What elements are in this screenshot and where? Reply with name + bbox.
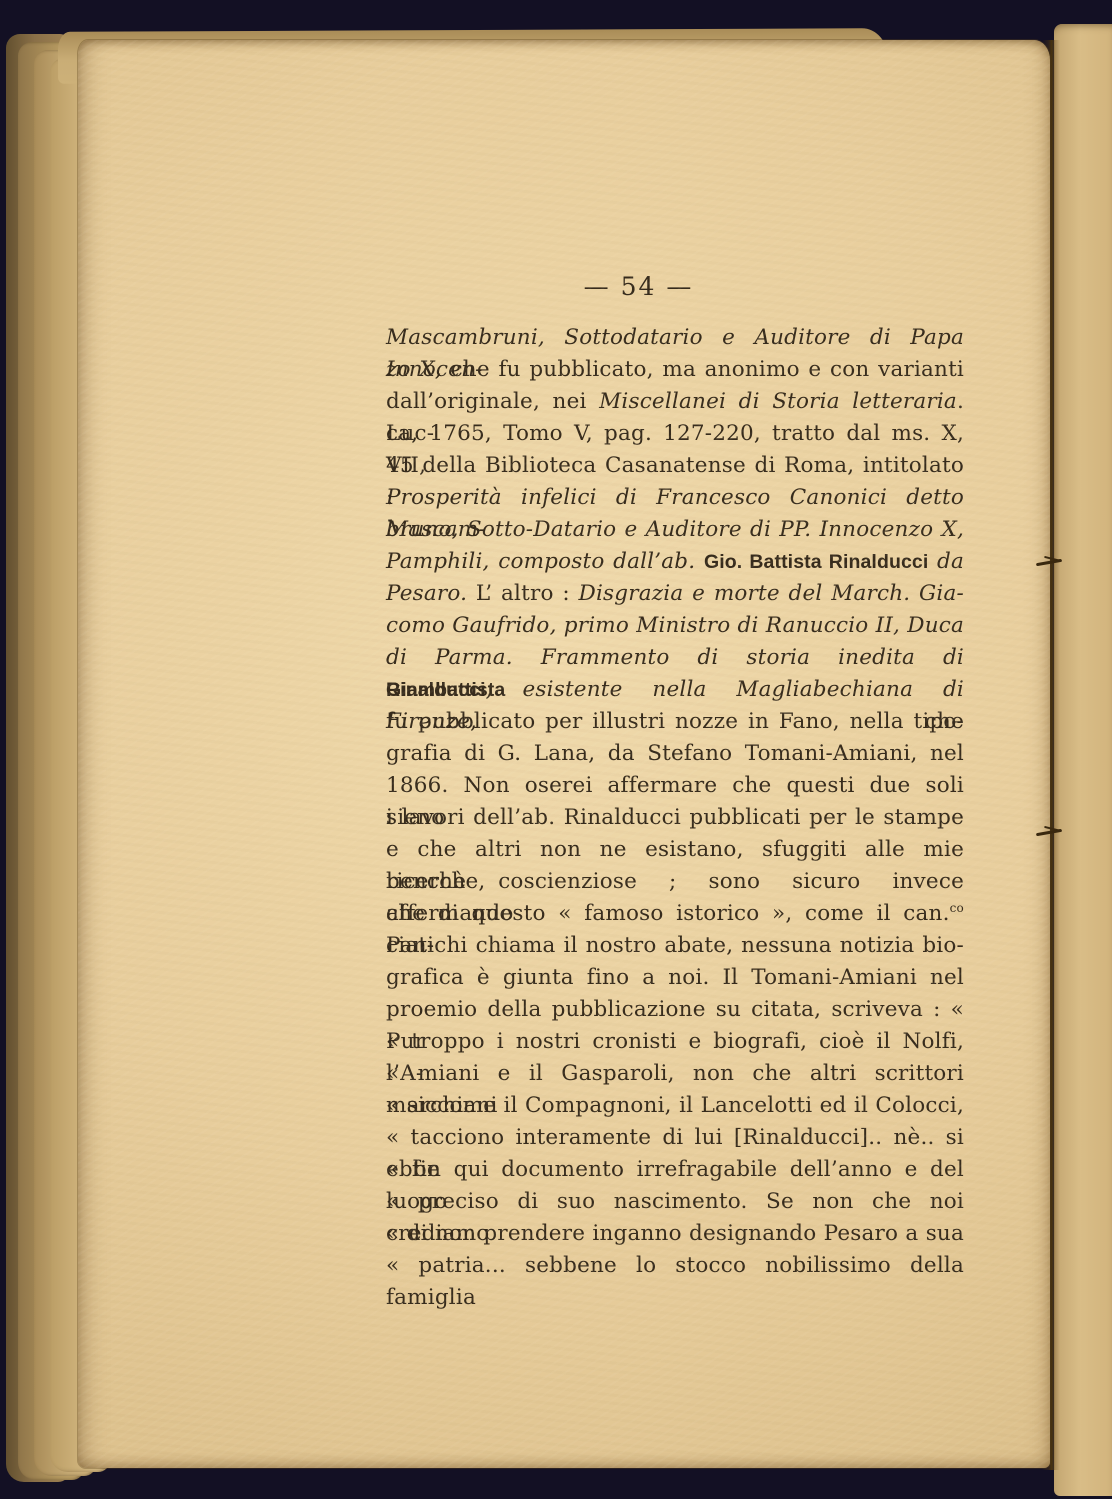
text-line: « fin qui documento irrefragabile dell’a…	[386, 1154, 964, 1186]
text-segment: ciatichi chiama il nostro abate, nessuna…	[386, 933, 964, 958]
text-line: benchè coscienziose ; sono sicuro invece…	[386, 866, 964, 898]
text-line: 45 della Biblioteca Casanatense di Roma,…	[386, 450, 964, 482]
text-segment: bruno, Sotto-Datario e Auditore di PP. I…	[386, 517, 964, 542]
text-line: proemio della pubblicazione su citata, s…	[386, 994, 964, 1026]
text-segment: « di non prendere inganno designando Pes…	[386, 1221, 964, 1246]
text-segment: « patria... sebbene lo stocco nobilissim…	[386, 1253, 964, 1310]
text-segment: i lavori dell’ab. Rinalducci pubblicati …	[386, 805, 964, 830]
text-line: dall’originale, nei Miscellanei di Stori…	[386, 386, 964, 418]
text-line: ciatichi chiama il nostro abate, nessuna…	[386, 930, 964, 962]
text-line: Rinalducci, esistente nella Magliabechia…	[386, 674, 964, 706]
body-text: Mascambruni, Sottodatario e Auditore di …	[386, 322, 964, 1282]
text-line: « di non prendere inganno designando Pes…	[386, 1218, 964, 1250]
text-segment: Rinalducci	[386, 679, 486, 701]
text-line: « patria... sebbene lo stocco nobilissim…	[386, 1250, 964, 1282]
text-line: fu pubblicato per illustri nozze in Fano…	[386, 706, 964, 738]
text-line: Mascambruni, Sottodatario e Auditore di …	[386, 322, 964, 354]
text-segment: « siccome il Compagnoni, il Lancelotti e…	[386, 1093, 964, 1118]
text-segment: Disgrazia e morte del March. Gia-	[579, 581, 964, 606]
text-line: e che altri non ne esistano, sfuggiti al…	[386, 834, 964, 866]
scanned-book-photo: — 54 — Mascambruni, Sottodatario e Audit…	[0, 0, 1112, 1499]
text-line: di Parma. Frammento di storia inedita di…	[386, 642, 964, 674]
text-line: « siccome il Compagnoni, il Lancelotti e…	[386, 1090, 964, 1122]
text-line: « tacciono interamente di lui [Rinalducc…	[386, 1122, 964, 1154]
text-segment: grafia di G. Lana, da Stefano Tomani-Ami…	[386, 741, 964, 766]
text-segment: di Parma. Frammento di storia inedita di	[386, 645, 964, 670]
text-segment: da	[928, 549, 964, 574]
text-line: che di questo « famoso istorico », come …	[386, 898, 964, 930]
text-segment: grafica è giunta fino a noi. Il Tomani-A…	[386, 965, 964, 990]
text-line: 1866. Non oserei affermare che questi du…	[386, 770, 964, 802]
book-page: — 54 — Mascambruni, Sottodatario e Audit…	[78, 40, 1050, 1468]
text-segment: Pamphili, composto dall’ab.	[386, 549, 704, 574]
page-number: — 54 —	[386, 272, 891, 301]
text-line: « troppo i nostri cronisti e biografi, c…	[386, 1026, 964, 1058]
text-line: como Gaufrido, primo Ministro di Ranucci…	[386, 610, 964, 642]
text-line: ca, 1765, Tomo V, pag. 127-220, tratto d…	[386, 418, 964, 450]
text-line: i lavori dell’ab. Rinalducci pubblicati …	[386, 802, 964, 834]
text-line: Prosperità infelici di Francesco Canonic…	[386, 482, 964, 514]
text-line: « preciso di suo nascimento. Se non che …	[386, 1186, 964, 1218]
text-segment: Gio. Battista Rinalducci	[704, 551, 928, 573]
text-line: zo X, che fu pubblicato, ma anonimo e co…	[386, 354, 964, 386]
text-segment: fu pubblicato per illustri nozze in Fano…	[386, 709, 964, 734]
text-line: bruno, Sotto-Datario e Auditore di PP. I…	[386, 514, 964, 546]
adjacent-page-edge	[1054, 24, 1112, 1496]
text-line: Pesaro. L’ altro : Disgrazia e morte del…	[386, 578, 964, 610]
text-segment: L’ altro :	[467, 581, 578, 606]
text-line: « miani e il Gasparoli, non che altri sc…	[386, 1058, 964, 1090]
text-line: Pamphili, composto dall’ab. Gio. Battist…	[386, 546, 964, 578]
text-segment: como Gaufrido, primo Ministro di Ranucci…	[386, 613, 964, 638]
text-line: grafia di G. Lana, da Stefano Tomani-Ami…	[386, 738, 964, 770]
text-segment: zo X,	[386, 357, 442, 382]
stitch-thread-upper	[1034, 556, 1070, 570]
stitch-thread-lower	[1034, 826, 1070, 840]
text-segment: Pesaro.	[386, 581, 467, 606]
text-line: grafica è giunta fino a noi. Il Tomani-A…	[386, 962, 964, 994]
text-segment: che fu pubblicato, ma anonimo e con vari…	[442, 357, 964, 382]
text-segment: Miscellanei di Storia letteraria	[599, 389, 957, 414]
text-segment: che di questo « famoso istorico », come …	[386, 901, 950, 926]
text-segment: co	[950, 901, 964, 915]
text-segment: dall’originale, nei	[386, 389, 599, 414]
